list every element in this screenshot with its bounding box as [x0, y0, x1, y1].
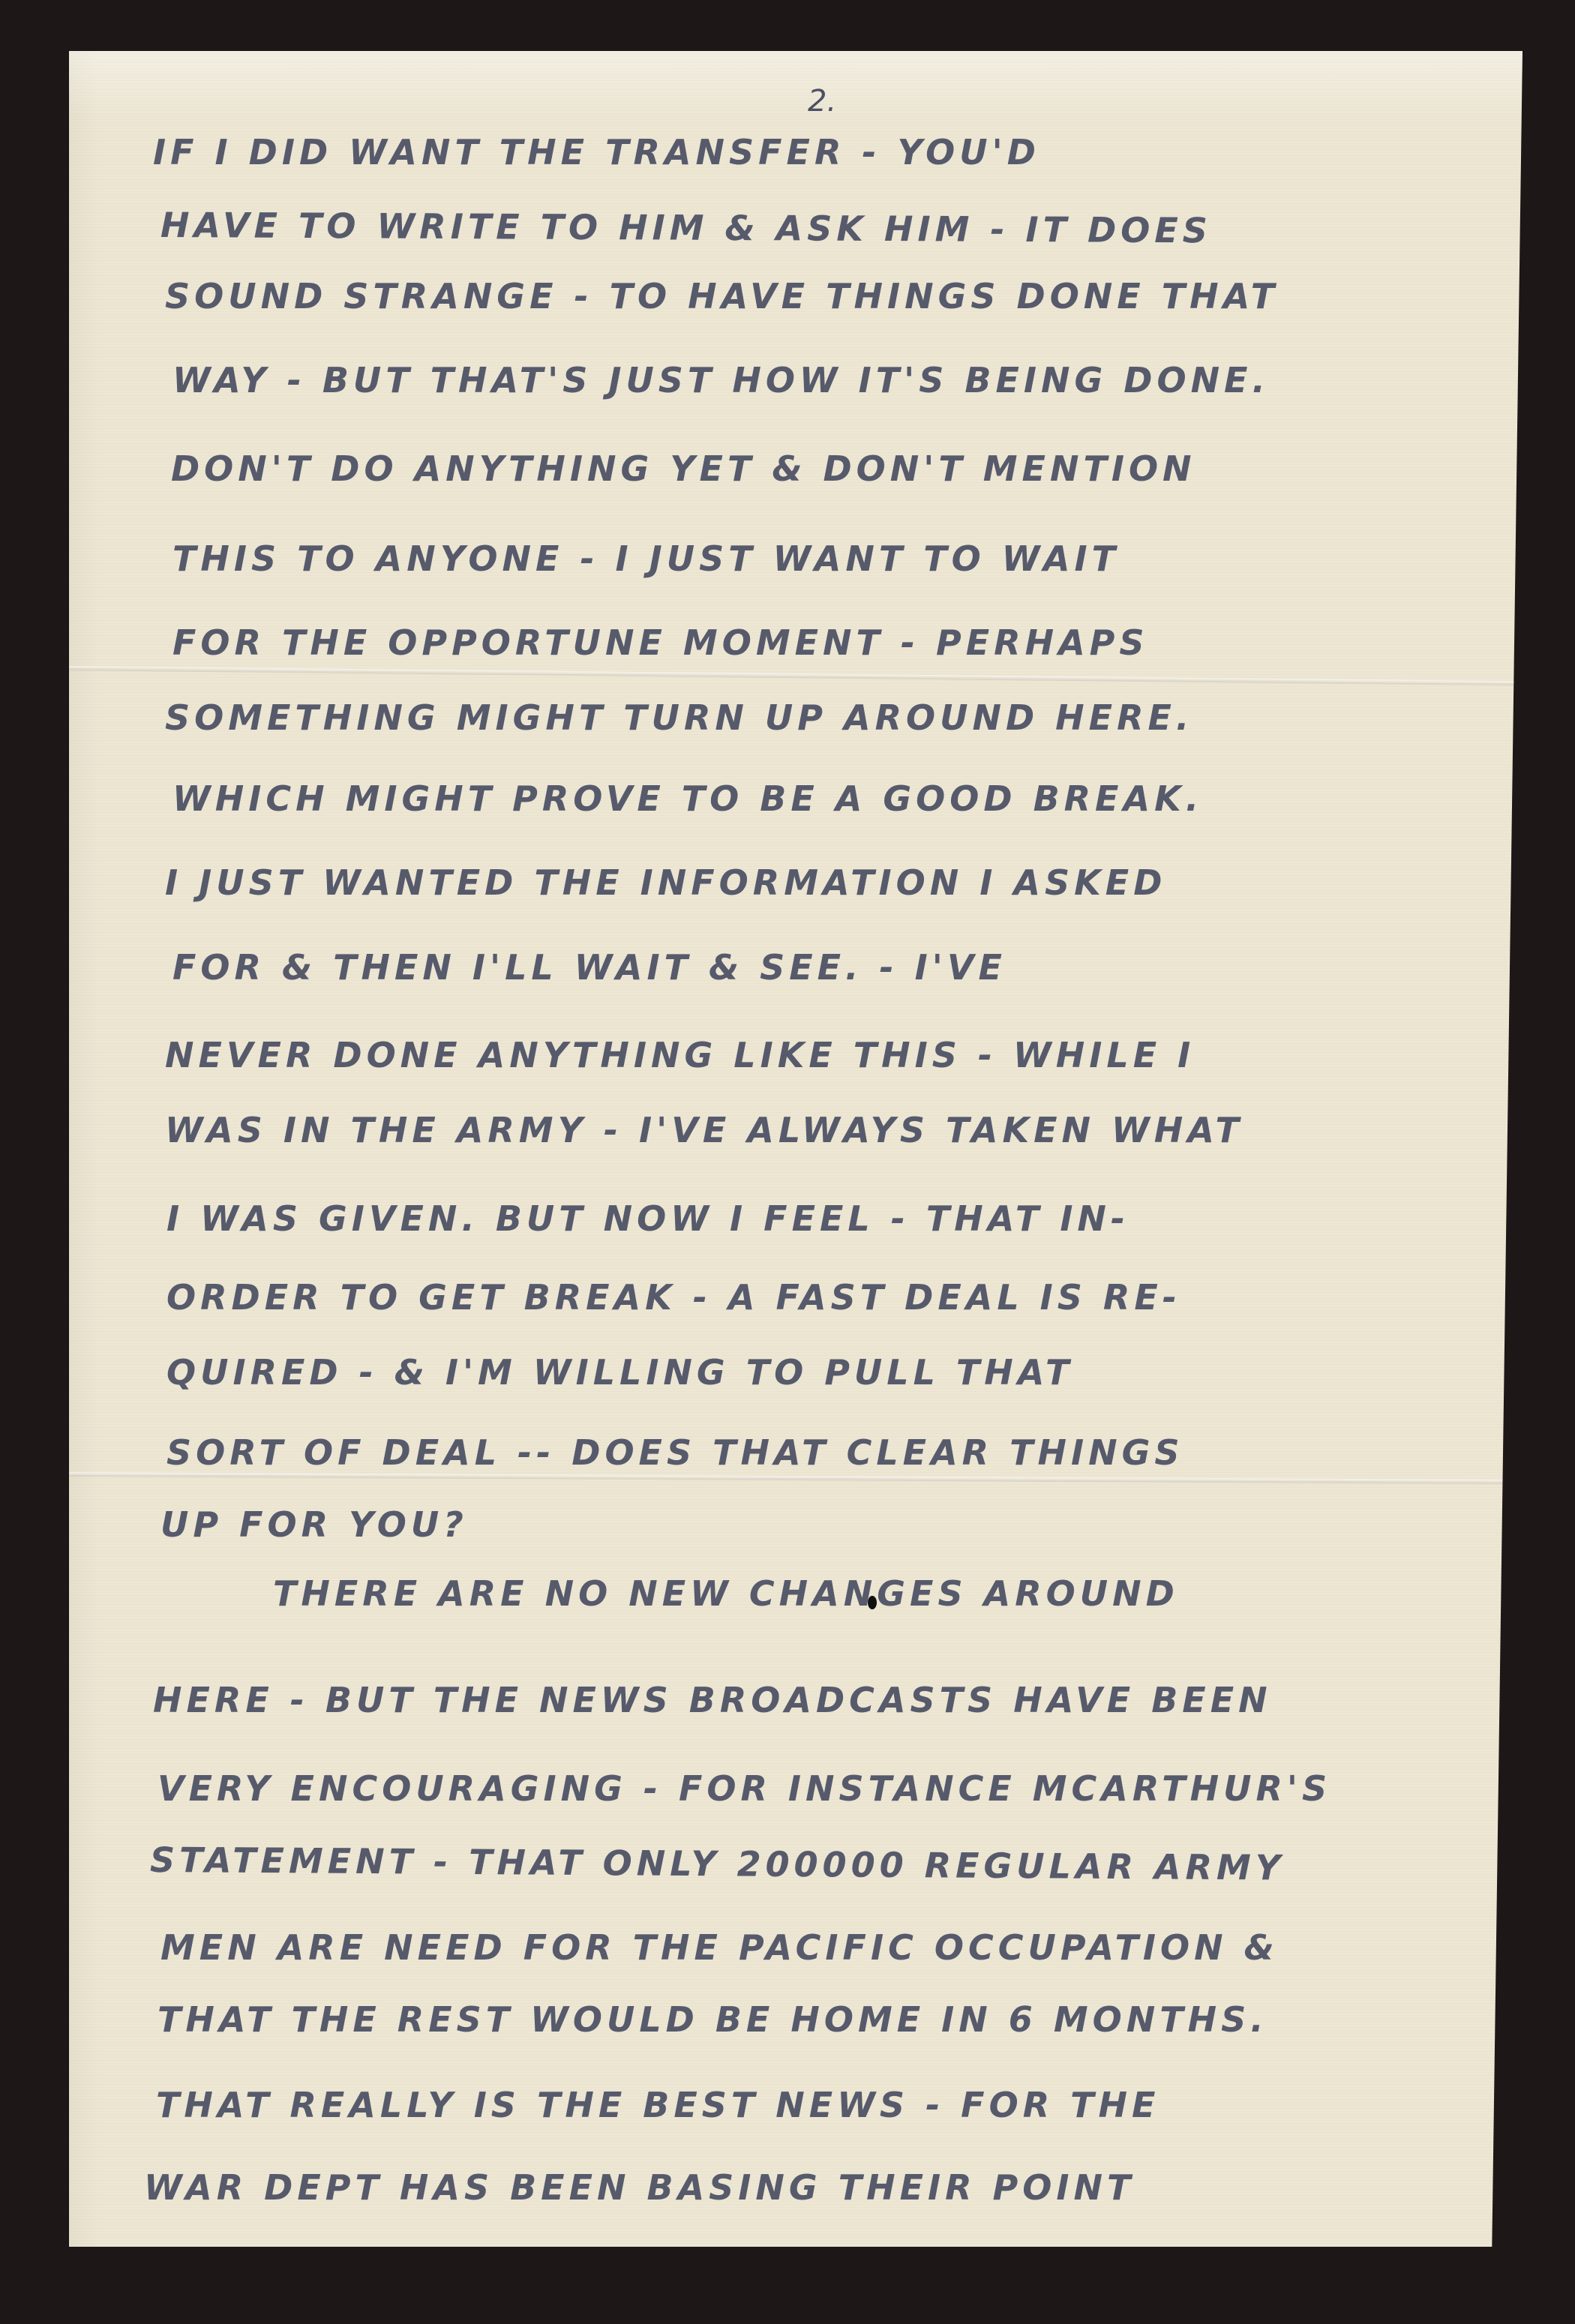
letter-line: for & then I'll wait & see. - I've: [172, 947, 1006, 988]
letter-line: way - but that's just how it's being don…: [172, 360, 1270, 400]
letter-line: something might turn up around here.: [165, 697, 1193, 738]
letter-line: have to write to him & ask him - It does: [160, 205, 1212, 250]
letter-body: If I did want the transfer - you'd have …: [69, 51, 1522, 2247]
letter-line: men are need for the Pacific occupation …: [160, 1927, 1279, 1968]
letter-line: up for you?: [160, 1504, 468, 1545]
letter-line: that the rest would be home in 6 months.: [157, 1999, 1268, 2040]
letter-line: this to anyone - I just want to wait: [172, 538, 1120, 579]
letter-line: If I did want the transfer - you'd: [153, 132, 1040, 172]
letter-line: sound strange - to have things done that: [165, 276, 1279, 316]
letter-line: quired - & I'm willing to pull that: [166, 1352, 1073, 1393]
letter-line: very encouraging - for instance McArthur…: [157, 1768, 1331, 1809]
letter-line: here - but the news broadcasts have been: [153, 1680, 1272, 1720]
letter-line: statement - that only 200000 regular arm…: [150, 1840, 1285, 1888]
letter-line: I just wanted the information I asked: [165, 862, 1166, 903]
letter-line: sort of deal -- Does that clear things: [166, 1432, 1183, 1473]
letter-line: I was given. But now I feel - that in-: [166, 1198, 1129, 1239]
letter-line: That really is the best news - for the: [156, 2085, 1159, 2125]
letter-line: War Dept has been basing their point: [144, 2167, 1135, 2208]
ink-blot: [868, 1596, 877, 1609]
letter-line: which might prove to be a good break.: [172, 778, 1203, 819]
letter-line: was in the army - I've always taken what: [165, 1110, 1243, 1150]
letter-line: never done anything like this - while I: [165, 1035, 1195, 1075]
letter-line: Don't do anything yet & don't mention: [171, 448, 1196, 489]
letter-line: There are no new changes around: [273, 1573, 1179, 1614]
letter-line: order to get break - a fast deal is re-: [166, 1277, 1181, 1318]
letter-line: for the opportune moment - perhaps: [172, 622, 1149, 663]
letter-page: 2. If I did want the transfer - you'd ha…: [69, 51, 1522, 2247]
